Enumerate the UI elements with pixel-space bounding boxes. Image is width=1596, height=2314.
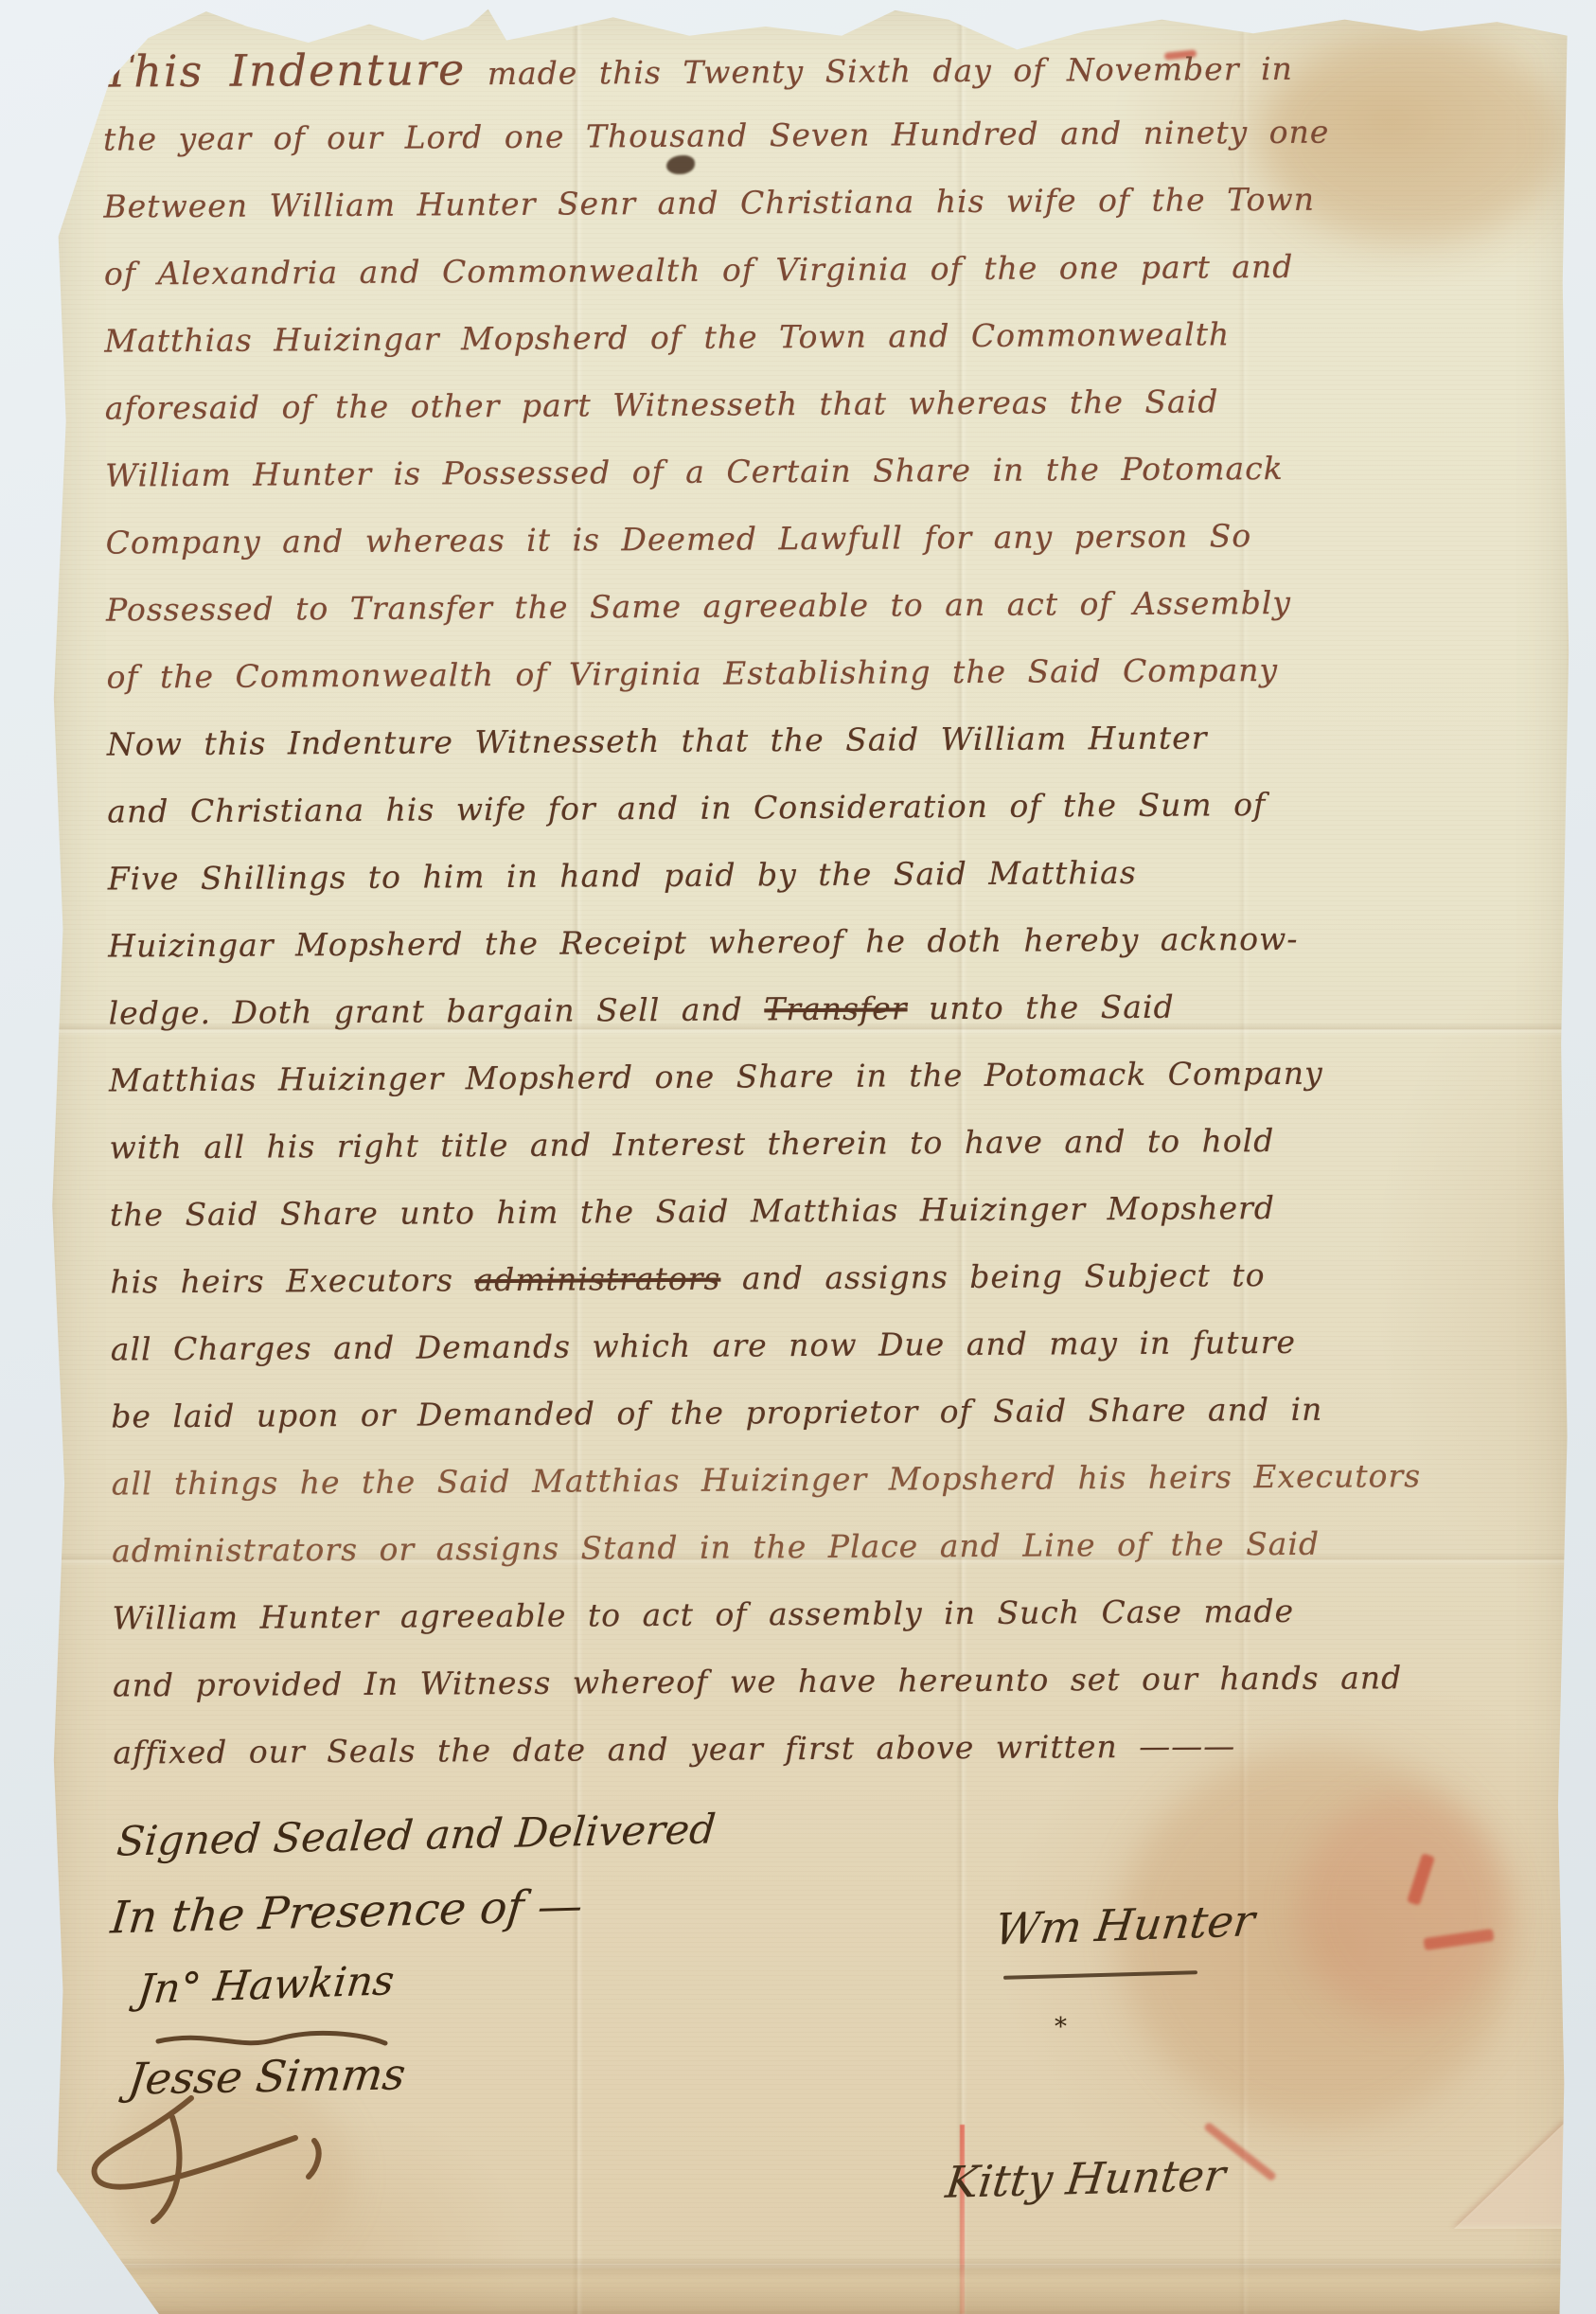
folded-corner [1454,2120,1568,2229]
manuscript-line: and Christiana his wife for and in Consi… [107,769,1520,845]
signature-kitty-hunter: Kitty Hunter [943,2149,1228,2208]
manuscript-line: administrators or assigns Stand in the P… [112,1508,1525,1584]
manuscript-line: ledge. Doth grant bargain Sell and Trans… [108,970,1521,1046]
stain [1299,1795,1507,2022]
manuscript-line: Huizingar Mopsherd the Receipt whereof h… [108,903,1521,979]
manuscript-body: This Indenture made this Twenty Sixth da… [102,29,1526,1786]
manuscript-line: Five Shillings to him in hand paid by th… [108,836,1521,912]
manuscript-line: all things he the Said Matthias Huizinge… [111,1441,1524,1517]
manuscript-line: Between William Hunter Senr and Christia… [103,164,1516,240]
manuscript-line: affixed our Seals the date and year firs… [113,1710,1526,1786]
manuscript-line: Possessed to Transfer the Same agreeable… [106,567,1519,643]
manuscript-line: his heirs Executors administrators and a… [110,1239,1523,1315]
manuscript-lead-words: This Indenture [102,44,466,97]
manuscript-line: Now this Indenture Witnesseth that the S… [107,702,1520,777]
manuscript-line: all Charges and Demands which are now Du… [111,1307,1524,1382]
photo-backdrop: This Indenture made this Twenty Sixth da… [0,0,1596,2314]
manuscript-line: Company and whereas it is Deemed Lawfull… [105,500,1518,576]
manuscript-line: and provided In Witness whereof we have … [113,1643,1526,1718]
manuscript-line: of Alexandria and Commonwealth of Virgin… [104,231,1517,307]
manuscript-line: of the Commonwealth of Virginia Establis… [106,634,1519,710]
manuscript-page: This Indenture made this Twenty Sixth da… [49,6,1573,2314]
manuscript-line: William Hunter agreeable to act of assem… [112,1575,1525,1651]
manuscript-line: Matthias Huizinger Mopsherd one Share in… [109,1038,1522,1113]
bottom-fold-strip [49,2265,1573,2314]
manuscript-line: aforesaid of the other part Witnesseth t… [105,365,1518,441]
manuscript-line: be laid upon or Demanded of the propriet… [111,1374,1524,1450]
witness-signature-hawkins: Jn° Hawkins [135,1957,397,2013]
struck-word: Transfer [764,989,907,1027]
struck-word: administrators [474,1260,720,1299]
closing-line-presence: In the Presence of — [109,1880,585,1945]
manuscript-line: This Indenture made this Twenty Sixth da… [102,29,1516,105]
signature-flourish [78,2089,390,2231]
manuscript-line: with all his right title and Interest th… [109,1105,1522,1181]
pen-mark: * [1055,2013,1068,2032]
signature-wm-hunter: Wm Hunter [992,1895,1258,1954]
manuscript-line: the Said Share unto him the Said Matthia… [110,1172,1523,1248]
closing-line-signed: Signed Sealed and Delivered [115,1806,718,1865]
manuscript-line: the year of our Lord one Thousand Seven … [103,97,1516,172]
manuscript-line: Matthias Huizingar Mopsherd of the Town … [104,298,1517,374]
manuscript-line: William Hunter is Possessed of a Certain… [105,433,1518,508]
